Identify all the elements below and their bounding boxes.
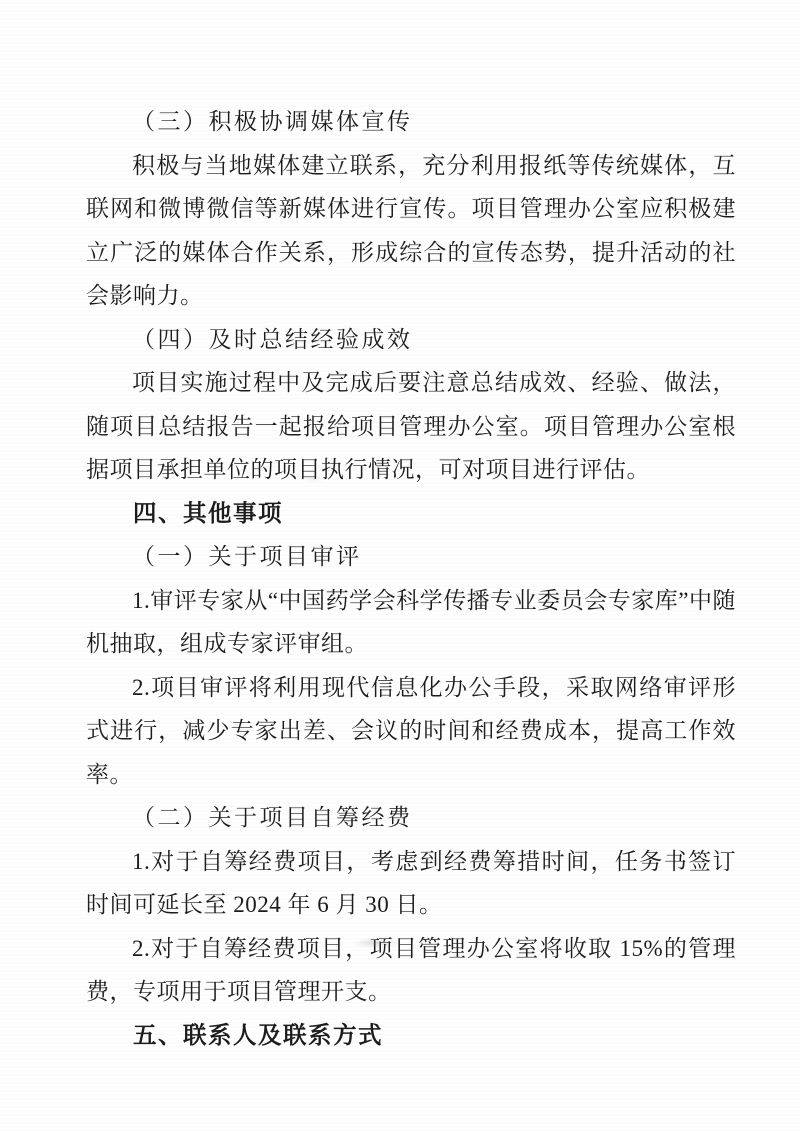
section-heading-contact: 五、联系人及联系方式 — [86, 1014, 736, 1058]
paragraph-online-review: 2.项目审评将利用现代信息化办公手段，采取网络审评形式进行，减少专家出差、会议的… — [86, 666, 736, 797]
subheading-project-review: （一）关于项目审评 — [86, 535, 736, 579]
document-body: （三）积极协调媒体宣传 积极与当地媒体建立联系，充分利用报纸等传统媒体，互联网和… — [86, 100, 736, 1057]
subheading-media-publicity: （三）积极协调媒体宣传 — [86, 100, 736, 144]
paragraph-self-funded-deadline: 1.对于自筹经费项目，考虑到经费筹措时间，任务书签订时间可延长至 2024 年 … — [86, 840, 736, 927]
paragraph-media-publicity: 积极与当地媒体建立联系，充分利用报纸等传统媒体，互联网和微博微信等新媒体进行宣传… — [86, 144, 736, 318]
subheading-summarize-experience: （四）及时总结经验成效 — [86, 318, 736, 362]
paragraph-review-experts: 1.审评专家从“中国药学会科学传播专业委员会专家库”中随机抽取，组成专家评审组。 — [86, 579, 736, 666]
paragraph-summarize-experience: 项目实施过程中及完成后要注意总结成效、经验、做法，随项目总结报告一起报给项目管理… — [86, 361, 736, 492]
scanned-document-page: （三）积极协调媒体宣传 积极与当地媒体建立联系，充分利用报纸等传统媒体，互联网和… — [0, 0, 800, 1131]
subheading-self-funded: （二）关于项目自筹经费 — [86, 796, 736, 840]
paragraph-management-fee: 2.对于自筹经费项目，项目管理办公室将收取 15%的管理费，专项用于项目管理开支… — [86, 927, 736, 1014]
section-heading-other-matters: 四、其他事项 — [86, 492, 736, 536]
